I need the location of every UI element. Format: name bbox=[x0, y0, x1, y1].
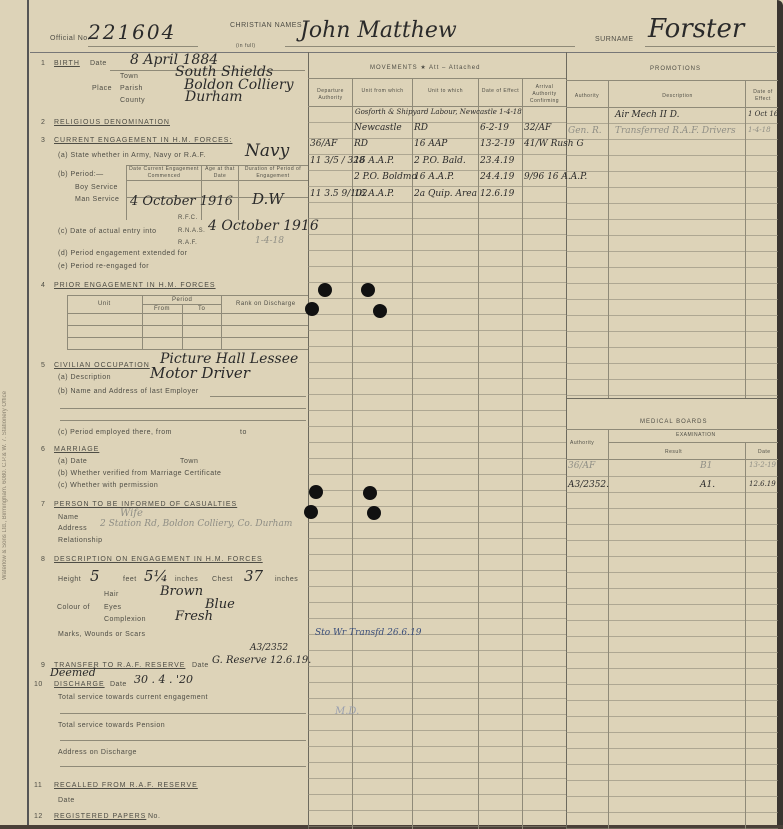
official-no-value: 221604 bbox=[88, 20, 176, 44]
medical-date: 12.6.19 bbox=[749, 480, 776, 488]
section-number: 1 bbox=[41, 60, 45, 67]
rule bbox=[308, 618, 566, 619]
marriage-town-label: Town bbox=[180, 458, 198, 465]
rule bbox=[308, 570, 566, 571]
rule bbox=[566, 652, 778, 653]
rnas-value: 4 October 1916 bbox=[208, 218, 319, 234]
rule bbox=[67, 295, 68, 350]
rule bbox=[566, 251, 778, 252]
movement-auth: 36/AF bbox=[310, 139, 337, 149]
col-date-commenced: Date Current Engagement Commenced bbox=[128, 166, 200, 180]
rule bbox=[566, 508, 778, 509]
rule bbox=[308, 698, 566, 699]
complexion-value: Fresh bbox=[175, 609, 213, 624]
period-employed-label: (c) Period employed there, from bbox=[58, 429, 172, 436]
chest-label: Chest bbox=[212, 576, 233, 583]
place-label: Place bbox=[92, 85, 112, 92]
registered-papers-no-label: No. bbox=[148, 813, 160, 820]
rule bbox=[60, 713, 306, 714]
rule bbox=[308, 730, 566, 731]
current-engagement-title: CURRENT ENGAGEMENT IN H.M. FORCES: bbox=[54, 137, 232, 144]
col-duration: Duration of Period of Engagement bbox=[240, 166, 306, 180]
birth-title: BIRTH bbox=[54, 60, 80, 67]
christian-names-value: John Matthew bbox=[300, 18, 457, 43]
engagement-extended-label: (d) Period engagement extended for bbox=[58, 250, 187, 257]
rule bbox=[308, 170, 566, 171]
rule bbox=[308, 778, 566, 779]
chest-value: 37 bbox=[244, 567, 263, 585]
movement-from: Newcastle bbox=[354, 123, 402, 133]
man-service-date: 4 October 1916 bbox=[130, 194, 233, 209]
transfer-date-value: G. Reserve 12.6.19. bbox=[212, 655, 311, 666]
rule bbox=[60, 408, 306, 409]
rule bbox=[566, 395, 778, 396]
rule bbox=[566, 780, 778, 781]
surname-value: Forster bbox=[648, 14, 744, 44]
rule bbox=[566, 235, 778, 236]
rule bbox=[566, 604, 778, 605]
punch-hole bbox=[361, 283, 375, 297]
promotions-title: PROMOTIONS bbox=[650, 66, 701, 72]
rule bbox=[566, 668, 778, 669]
rule bbox=[566, 123, 778, 124]
relationship-label: Relationship bbox=[58, 537, 103, 544]
movement-to: 16 A.A.P. bbox=[414, 172, 454, 182]
rule bbox=[126, 180, 308, 181]
inches-label: inches bbox=[175, 576, 198, 583]
rule bbox=[182, 304, 183, 350]
prior-engagement-title: PRIOR ENGAGEMENT IN H.M. FORCES bbox=[54, 282, 216, 289]
section-number: 5 bbox=[41, 362, 45, 369]
rule bbox=[308, 602, 566, 603]
registered-papers-title: REGISTERED PAPERS bbox=[54, 813, 146, 820]
promotion-date: 1 Oct 16 bbox=[748, 110, 778, 118]
rule bbox=[308, 442, 566, 443]
movement-confirm: 41/W Rush G bbox=[524, 139, 584, 149]
col-unit-from: Unit from which bbox=[353, 88, 412, 95]
period-label: (b) Period:— bbox=[58, 171, 104, 178]
rule bbox=[522, 78, 523, 829]
height-label: Height bbox=[58, 576, 81, 583]
rule bbox=[308, 330, 566, 331]
rule bbox=[566, 398, 778, 399]
service-record-form: Waterlow & Sons Ltd., Birmingham. 6080. … bbox=[0, 0, 783, 829]
rule bbox=[566, 459, 778, 460]
col-date-effect: Date of Effect bbox=[479, 88, 522, 95]
rule bbox=[308, 506, 566, 507]
punch-hole bbox=[318, 283, 332, 297]
rule bbox=[308, 314, 566, 315]
rule bbox=[308, 218, 566, 219]
rule bbox=[201, 165, 202, 220]
examination-label: EXAMINATION bbox=[676, 432, 716, 438]
description-value: Motor Driver bbox=[150, 364, 250, 382]
raf-value: 1-4-18 bbox=[255, 236, 284, 246]
section-number: 6 bbox=[41, 446, 45, 453]
total-service-current-label: Total service towards current engagement bbox=[58, 694, 208, 701]
contact-address-value: 2 Station Rd, Boldon Colliery, Co. Durha… bbox=[100, 519, 292, 529]
rule bbox=[566, 80, 778, 81]
description-label: (a) Description bbox=[58, 374, 111, 381]
rule bbox=[566, 267, 778, 268]
movement-date: 24.4.19 bbox=[480, 172, 514, 182]
punch-hole bbox=[363, 486, 377, 500]
rule bbox=[566, 139, 778, 140]
man-service-label: Man Service bbox=[75, 196, 119, 203]
rule bbox=[308, 746, 566, 747]
rule bbox=[566, 748, 778, 749]
col-unit-to: Unit to which bbox=[413, 88, 478, 95]
rule bbox=[308, 650, 566, 651]
medical-boards-title: MEDICAL BOARDS bbox=[640, 419, 707, 425]
rule bbox=[308, 474, 566, 475]
marriage-verified-label: (b) Whether verified from Marriage Certi… bbox=[58, 470, 221, 477]
marriage-permission-label: (c) Whether with permission bbox=[58, 482, 158, 489]
rule bbox=[308, 106, 566, 107]
rule bbox=[60, 420, 306, 421]
rule bbox=[566, 556, 778, 557]
discharge-title: DISCHARGE bbox=[54, 681, 105, 688]
rule bbox=[308, 202, 566, 203]
punch-hole bbox=[373, 304, 387, 318]
rule bbox=[67, 295, 308, 296]
rule bbox=[412, 78, 413, 829]
col-medical-date: Date bbox=[758, 449, 771, 455]
eyes-label: Eyes bbox=[104, 604, 122, 611]
rule bbox=[566, 636, 778, 637]
rule bbox=[566, 700, 778, 701]
rule bbox=[645, 46, 775, 47]
section-number: 12 bbox=[34, 813, 43, 820]
birth-date-label: Date bbox=[90, 60, 107, 67]
rfc-label: R.F.C. bbox=[178, 215, 198, 221]
promotion-desc: Air Mech II D. bbox=[615, 110, 680, 120]
col-age: Age at that Date bbox=[203, 166, 237, 180]
movement-confirm: 9/96 16 A.A.P. bbox=[524, 172, 587, 182]
rule bbox=[67, 337, 308, 338]
section-number: 7 bbox=[41, 501, 45, 508]
service-branch-value: Navy bbox=[245, 141, 289, 161]
description-title: DESCRIPTION ON ENGAGEMENT IN H.M. FORCES bbox=[54, 556, 263, 563]
man-service-duration: D.W bbox=[252, 190, 284, 208]
section-number: 2 bbox=[41, 119, 45, 126]
rule bbox=[566, 796, 778, 797]
casualty-contact-title: PERSON TO BE INFORMED OF CASUALTIES bbox=[54, 501, 237, 508]
rule bbox=[308, 666, 566, 667]
movement-from: 16 A.A.P. bbox=[354, 189, 394, 199]
rule bbox=[308, 794, 566, 795]
parish-label: Parish bbox=[120, 85, 143, 92]
rule bbox=[566, 219, 778, 220]
col-promo-description: Description bbox=[610, 93, 745, 100]
rule bbox=[566, 315, 778, 316]
medical-auth: A3/2352. bbox=[568, 480, 609, 490]
section-number: 9 bbox=[41, 662, 45, 669]
section-number: 3 bbox=[41, 137, 45, 144]
county-value: Durham bbox=[185, 89, 243, 105]
punch-hole bbox=[305, 302, 319, 316]
promotion-date: 1-4-18 bbox=[748, 126, 771, 134]
rule bbox=[308, 554, 566, 555]
movement-date: 13-2-19 bbox=[480, 139, 515, 149]
colour-label: Colour of bbox=[57, 604, 90, 611]
movement-to: RD bbox=[414, 123, 428, 133]
rule bbox=[566, 283, 778, 284]
section-number: 10 bbox=[34, 681, 43, 688]
height-feet-value: 5 bbox=[90, 567, 100, 585]
promotion-auth: Gen. R. bbox=[568, 126, 602, 136]
punch-hole bbox=[304, 505, 318, 519]
movement-date: 12.6.19 bbox=[480, 189, 514, 199]
rule bbox=[308, 78, 566, 79]
transfer-authority: A3/2352 bbox=[250, 643, 288, 653]
boy-service-label: Boy Service bbox=[75, 184, 118, 191]
rule bbox=[566, 187, 778, 188]
rule bbox=[67, 313, 308, 314]
rule bbox=[566, 347, 778, 348]
medical-result: A1. bbox=[700, 480, 715, 490]
rule bbox=[566, 524, 778, 525]
column-divider bbox=[566, 52, 567, 829]
movement-from: 2 P.O. Boldmo bbox=[354, 172, 417, 182]
rule bbox=[308, 250, 566, 251]
rule bbox=[566, 732, 778, 733]
rule bbox=[221, 295, 222, 350]
rule bbox=[285, 46, 575, 47]
movement-to: 2 P.O. Bald. bbox=[414, 156, 466, 166]
column-divider bbox=[308, 52, 309, 829]
last-employer-label: (b) Name and Address of last Employer bbox=[58, 388, 199, 395]
section-number: 8 bbox=[41, 556, 45, 563]
rule bbox=[308, 298, 566, 299]
service-branch-label: (a) State whether in Army, Navy or R.A.F… bbox=[58, 152, 206, 159]
rule bbox=[566, 492, 778, 493]
christian-names-sub: (in full) bbox=[236, 43, 256, 49]
rule bbox=[566, 572, 778, 573]
rule bbox=[566, 379, 778, 380]
rule bbox=[60, 740, 306, 741]
rule bbox=[126, 165, 127, 220]
rule bbox=[67, 325, 308, 326]
rule bbox=[566, 684, 778, 685]
movement-to: Gosforth & Shipyard Labour, Newcastle 1-… bbox=[355, 108, 522, 116]
rule bbox=[566, 203, 778, 204]
rule bbox=[308, 458, 566, 459]
col-to: To bbox=[198, 306, 205, 312]
entry-date-label: (c) Date of actual entry into bbox=[58, 228, 157, 235]
surname-label: SURNAME bbox=[595, 36, 634, 43]
col-medical-result: Result bbox=[665, 449, 682, 455]
rule bbox=[566, 331, 778, 332]
religious-denomination-title: RELIGIOUS DENOMINATION bbox=[54, 119, 170, 126]
rule bbox=[308, 266, 566, 267]
rule bbox=[308, 394, 566, 395]
discharge-address-label: Address on Discharge bbox=[58, 749, 137, 756]
rule bbox=[308, 410, 566, 411]
rnas-label: R.N.A.S. bbox=[178, 228, 205, 234]
discharge-annotation: Deemed bbox=[50, 666, 96, 679]
rule bbox=[608, 442, 778, 443]
rule bbox=[210, 396, 306, 397]
movement-date: 6-2-19 bbox=[480, 123, 509, 133]
town-label: Town bbox=[120, 73, 138, 80]
recalled-date-label: Date bbox=[58, 797, 75, 804]
col-promo-date: Date of Effect bbox=[746, 89, 780, 103]
rule bbox=[566, 155, 778, 156]
section-number: 11 bbox=[34, 782, 42, 789]
reengaged-label: (e) Period re-engaged for bbox=[58, 263, 149, 270]
contact-name-value: Wife bbox=[120, 508, 143, 519]
rule bbox=[308, 362, 566, 363]
col-arrival-authority: Arrival Authority Confirming bbox=[523, 84, 566, 105]
contact-address-label: Address bbox=[58, 525, 87, 532]
section-number: 4 bbox=[41, 282, 45, 289]
rule bbox=[745, 80, 746, 398]
rule bbox=[566, 429, 778, 430]
hair-value: Brown bbox=[160, 584, 203, 599]
col-rank: Rank on Discharge bbox=[236, 301, 296, 307]
margin-line bbox=[27, 0, 29, 829]
col-period: Period bbox=[172, 297, 192, 303]
chest-inches-label: inches bbox=[275, 576, 298, 583]
rule bbox=[308, 522, 566, 523]
county-label: County bbox=[120, 97, 145, 104]
rule bbox=[67, 349, 308, 350]
rule bbox=[566, 716, 778, 717]
height-inches-value: 5¼ bbox=[144, 567, 168, 585]
medical-date: 13-2-19 bbox=[749, 461, 776, 469]
rule bbox=[566, 107, 778, 108]
rule bbox=[566, 171, 778, 172]
rule bbox=[566, 812, 778, 813]
rule bbox=[308, 378, 566, 379]
rule bbox=[308, 282, 566, 283]
rule bbox=[566, 620, 778, 621]
hair-label: Hair bbox=[104, 591, 119, 598]
civilian-occupation-title: CIVILIAN OCCUPATION bbox=[54, 362, 150, 369]
movements-note: Sto Wr Transfd 26.6.19 bbox=[315, 628, 421, 638]
rule bbox=[566, 540, 778, 541]
recalled-title: RECALLED FROM R.A.F. RESERVE bbox=[54, 782, 198, 789]
rule bbox=[608, 80, 609, 398]
movement-date: 23.4.19 bbox=[480, 156, 514, 166]
marriage-date-label: (a) Date bbox=[58, 458, 87, 465]
marriage-title: MARRIAGE bbox=[54, 446, 99, 453]
rule bbox=[60, 766, 306, 767]
rule bbox=[566, 363, 778, 364]
movement-from: RD bbox=[354, 139, 368, 149]
printer-imprint: Waterlow & Sons Ltd., Birmingham. 6080. … bbox=[2, 200, 20, 580]
movements-title: MOVEMENTS ★ Att – Attached bbox=[370, 64, 480, 71]
rule bbox=[566, 476, 778, 477]
promotion-desc: Transferred R.A.F. Drivers bbox=[615, 126, 736, 136]
marks-label: Marks, Wounds or Scars bbox=[58, 631, 146, 638]
official-no-label: Official No. bbox=[50, 35, 90, 42]
rule bbox=[142, 304, 221, 305]
raf-label: R.A.F. bbox=[178, 240, 197, 246]
col-unit: Unit bbox=[98, 301, 111, 307]
rule bbox=[566, 588, 778, 589]
rule bbox=[308, 234, 566, 235]
rule bbox=[308, 826, 566, 827]
feet-label: feet bbox=[123, 576, 137, 583]
total-service-pension-label: Total service towards Pension bbox=[58, 722, 165, 729]
movement-confirm: 32/AF bbox=[524, 123, 551, 133]
rule bbox=[308, 346, 566, 347]
rule bbox=[566, 299, 778, 300]
rule bbox=[308, 154, 566, 155]
rule bbox=[308, 426, 566, 427]
col-promo-authority: Authority bbox=[567, 93, 607, 100]
complexion-label: Complexion bbox=[104, 616, 146, 623]
medical-auth: 36/AF bbox=[568, 461, 595, 471]
col-departure-authority: Departure Authority bbox=[309, 88, 352, 102]
movements-stamp: M.D. bbox=[335, 706, 359, 717]
rule bbox=[478, 78, 479, 829]
page-edge bbox=[777, 0, 783, 829]
punch-hole bbox=[309, 485, 323, 499]
rule bbox=[566, 764, 778, 765]
movement-to: 16 AAP bbox=[414, 139, 447, 149]
rule bbox=[308, 682, 566, 683]
col-medical-authority: Authority bbox=[570, 440, 594, 446]
medical-result: B1 bbox=[700, 461, 712, 471]
discharge-date-label: Date bbox=[110, 681, 127, 688]
col-from: From bbox=[154, 306, 170, 312]
movement-from: 16 A.A.P. bbox=[354, 156, 394, 166]
movement-to: 2a Quip. Area bbox=[414, 189, 477, 199]
rule bbox=[308, 538, 566, 539]
christian-names-label: CHRISTIAN NAMES bbox=[230, 22, 302, 29]
rule bbox=[308, 762, 566, 763]
punch-hole bbox=[367, 506, 381, 520]
discharge-date-value: 30 . 4 . '20 bbox=[134, 673, 193, 686]
rule bbox=[238, 165, 239, 220]
rule bbox=[308, 186, 566, 187]
rule bbox=[308, 490, 566, 491]
period-to-label: to bbox=[240, 429, 247, 436]
transfer-date-label: Date bbox=[192, 662, 209, 669]
contact-name-label: Name bbox=[58, 514, 79, 521]
rule bbox=[308, 586, 566, 587]
rule bbox=[308, 810, 566, 811]
rule bbox=[88, 46, 198, 47]
